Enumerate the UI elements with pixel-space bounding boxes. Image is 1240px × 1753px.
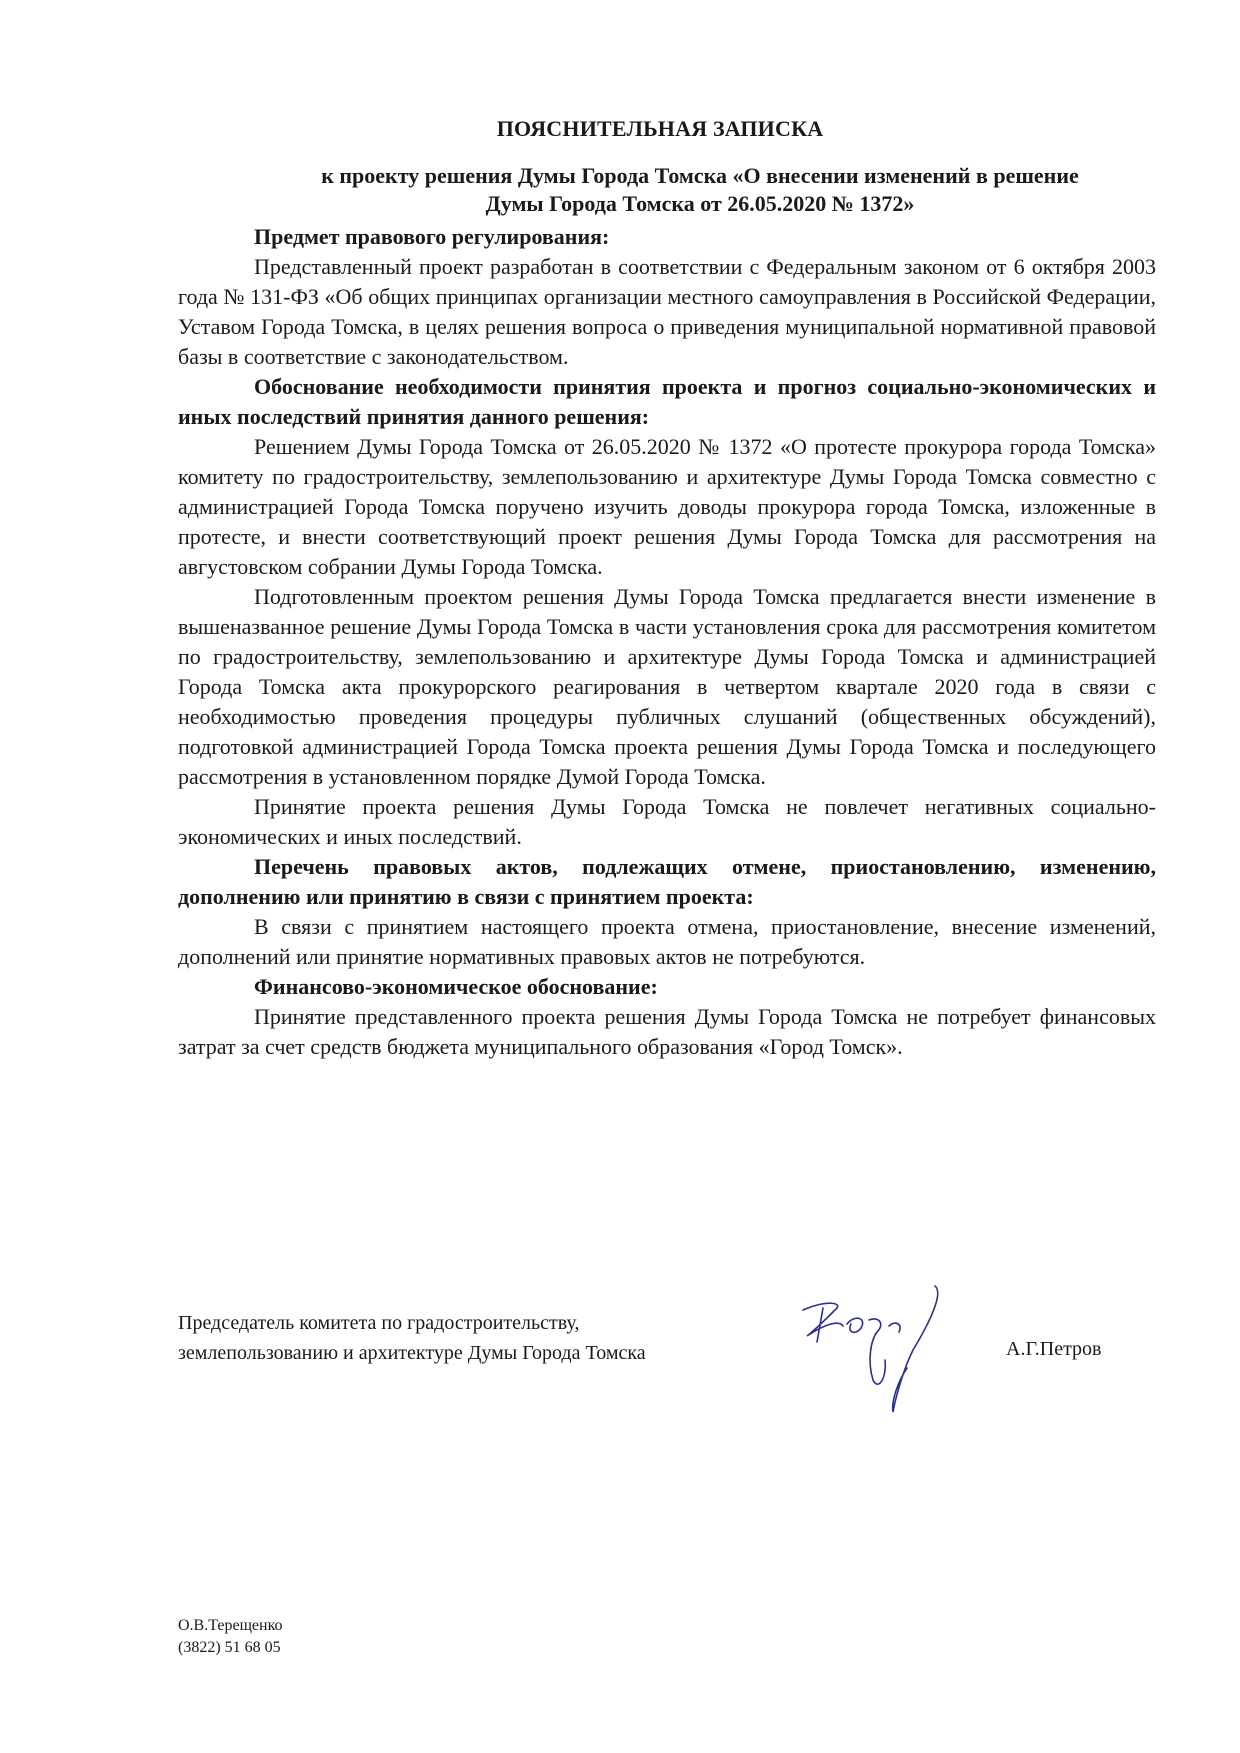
executor-name: О.В.Терещенко: [178, 1615, 283, 1637]
subtitle-line-2: Думы Города Томска от 26.05.2020 № 1372»: [260, 190, 1140, 218]
paragraph: Принятие представленного проекта решения…: [178, 1002, 1156, 1062]
section-heading-subject: Предмет правового регулирования:: [178, 222, 1156, 252]
signatory-position: Председатель комитета по градостроительс…: [178, 1308, 646, 1368]
document-body: Предмет правового регулирования: Предста…: [178, 222, 1156, 1062]
paragraph: Подготовленным проектом решения Думы Гор…: [178, 582, 1156, 792]
paragraph: Решением Думы Города Томска от 26.05.202…: [178, 432, 1156, 582]
handwritten-signature-icon: [795, 1280, 955, 1420]
paragraph: Представленный проект разработан в соотв…: [178, 252, 1156, 372]
paragraph: В связи с принятием настоящего проекта о…: [178, 912, 1156, 972]
position-line-2: землепользованию и архитектуре Думы Горо…: [178, 1338, 646, 1368]
paragraph: Принятие проекта решения Думы Города Том…: [178, 792, 1156, 852]
section-heading-legal-acts: Перечень правовых актов, подлежащих отме…: [178, 852, 1156, 912]
document-subtitle: к проекту решения Думы Города Томска «О …: [260, 162, 1140, 218]
document-title: ПОЯСНИТЕЛЬНАЯ ЗАПИСКА: [0, 116, 1240, 142]
position-line-1: Председатель комитета по градостроительс…: [178, 1308, 646, 1338]
subtitle-line-1: к проекту решения Думы Города Томска «О …: [260, 162, 1140, 190]
section-heading-financial: Финансово-экономическое обоснование:: [178, 972, 1156, 1002]
document-page: ПОЯСНИТЕЛЬНАЯ ЗАПИСКА к проекту решения …: [0, 0, 1240, 1753]
signatory-name: А.Г.Петров: [1006, 1338, 1102, 1361]
executor-phone: (3822) 51 68 05: [178, 1637, 283, 1659]
executor-info: О.В.Терещенко (3822) 51 68 05: [178, 1615, 283, 1659]
section-heading-justification: Обоснование необходимости принятия проек…: [178, 372, 1156, 432]
